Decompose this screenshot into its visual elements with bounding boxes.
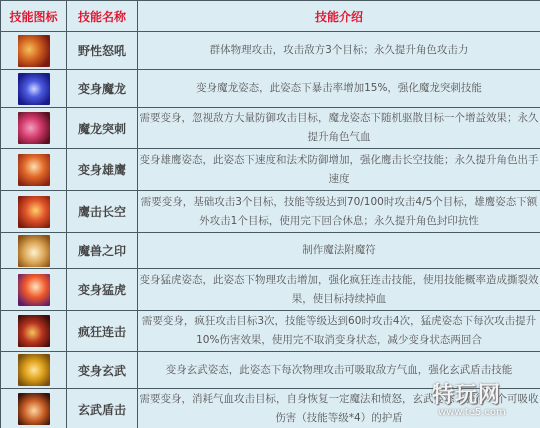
beast-seal-icon bbox=[18, 235, 50, 267]
table-row: 玄武盾击 需要变身，消耗气血攻击目标，自身恢复一定魔法和愤怒，玄武姿态下获得一个… bbox=[1, 389, 540, 428]
table-row: 鹰击长空 需要变身，基础攻击3个目标，技能等级达到70/100时攻击4/5个目标… bbox=[1, 191, 540, 233]
table-row: 野性怒吼 群体物理攻击，攻击敌方3个目标；永久提升角色攻击力 bbox=[1, 32, 540, 70]
skill-description: 需要变身，消耗气血攻击目标，自身恢复一定魔法和愤怒，玄武姿态下获得一个可吸收伤害… bbox=[138, 389, 540, 428]
wild-roar-icon bbox=[18, 35, 50, 67]
tiger-transform-icon bbox=[18, 274, 50, 306]
skills-table: 技能图标 技能名称 技能介绍 野性怒吼 群体物理攻击，攻击敌方3个目标；永久提升… bbox=[0, 0, 540, 428]
skill-name: 野性怒吼 bbox=[67, 32, 138, 70]
skill-name: 变身雄鹰 bbox=[67, 149, 138, 191]
icon-cell bbox=[1, 149, 67, 191]
xuanwu-transform-icon bbox=[18, 354, 50, 386]
skill-description: 变身魔龙姿态，此姿态下暴击率增加15%，强化魔龙突刺技能 bbox=[138, 70, 540, 108]
skill-description: 变身猛虎姿态，此姿态下物理攻击增加，强化疯狂连击技能，使用技能概率造成撕裂效果，… bbox=[138, 269, 540, 311]
table-row: 变身猛虎 变身猛虎姿态，此姿态下物理攻击增加，强化疯狂连击技能，使用技能概率造成… bbox=[1, 269, 540, 311]
demon-dragon-transform-icon bbox=[18, 73, 50, 105]
icon-cell bbox=[1, 108, 67, 149]
skill-description: 制作魔法附魔符 bbox=[138, 233, 540, 269]
eagle-transform-icon bbox=[18, 154, 50, 186]
skill-name: 魔龙突刺 bbox=[67, 108, 138, 149]
skill-description: 变身玄武姿态，此姿态下每次物理攻击可吸取敌方气血，强化玄武盾击技能 bbox=[138, 352, 540, 389]
table-row: 变身魔龙 变身魔龙姿态，此姿态下暴击率增加15%，强化魔龙突刺技能 bbox=[1, 70, 540, 108]
eagle-strike-icon bbox=[18, 196, 50, 228]
skill-name: 鹰击长空 bbox=[67, 191, 138, 233]
icon-cell bbox=[1, 70, 67, 108]
header-name: 技能名称 bbox=[67, 1, 138, 32]
skill-name: 魔兽之印 bbox=[67, 233, 138, 269]
skill-name: 变身魔龙 bbox=[67, 70, 138, 108]
skill-description: 需要变身，基础攻击3个目标，技能等级达到70/100时攻击4/5个目标，雄鹰姿态… bbox=[138, 191, 540, 233]
table-row: 魔龙突刺 需要变身，忽视敌方大量防御攻击目标，魔龙姿态下随机驱散目标一个增益效果… bbox=[1, 108, 540, 149]
table-row: 魔兽之印 制作魔法附魔符 bbox=[1, 233, 540, 269]
shield-bash-icon bbox=[18, 393, 50, 425]
skill-description: 变身雄鹰姿态，此姿态下速度和法术防御增加，强化鹰击长空技能；永久提升角色出手速度 bbox=[138, 149, 540, 191]
skill-name: 变身猛虎 bbox=[67, 269, 138, 311]
skill-description: 需要变身，疯狂攻击目标3次，技能等级达到60时攻击4次，猛虎姿态下每次攻击提升1… bbox=[138, 311, 540, 352]
header-icon: 技能图标 bbox=[1, 1, 67, 32]
icon-cell bbox=[1, 352, 67, 389]
frenzy-combo-icon bbox=[18, 315, 50, 347]
skill-name: 疯狂连击 bbox=[67, 311, 138, 352]
header-description: 技能介绍 bbox=[138, 1, 540, 32]
skill-name: 玄武盾击 bbox=[67, 389, 138, 428]
dragon-thrust-icon bbox=[18, 112, 50, 144]
skill-description: 需要变身，忽视敌方大量防御攻击目标，魔龙姿态下随机驱散目标一个增益效果；永久提升… bbox=[138, 108, 540, 149]
table-row: 疯狂连击 需要变身，疯狂攻击目标3次，技能等级达到60时攻击4次，猛虎姿态下每次… bbox=[1, 311, 540, 352]
icon-cell bbox=[1, 191, 67, 233]
icon-cell bbox=[1, 32, 67, 70]
icon-cell bbox=[1, 269, 67, 311]
table-header-row: 技能图标 技能名称 技能介绍 bbox=[1, 1, 540, 32]
table-row: 变身雄鹰 变身雄鹰姿态，此姿态下速度和法术防御增加，强化鹰击长空技能；永久提升角… bbox=[1, 149, 540, 191]
skill-name: 变身玄武 bbox=[67, 352, 138, 389]
icon-cell bbox=[1, 311, 67, 352]
table-row: 变身玄武 变身玄武姿态，此姿态下每次物理攻击可吸取敌方气血，强化玄武盾击技能 bbox=[1, 352, 540, 389]
icon-cell bbox=[1, 233, 67, 269]
icon-cell bbox=[1, 389, 67, 428]
skill-description: 群体物理攻击，攻击敌方3个目标；永久提升角色攻击力 bbox=[138, 32, 540, 70]
